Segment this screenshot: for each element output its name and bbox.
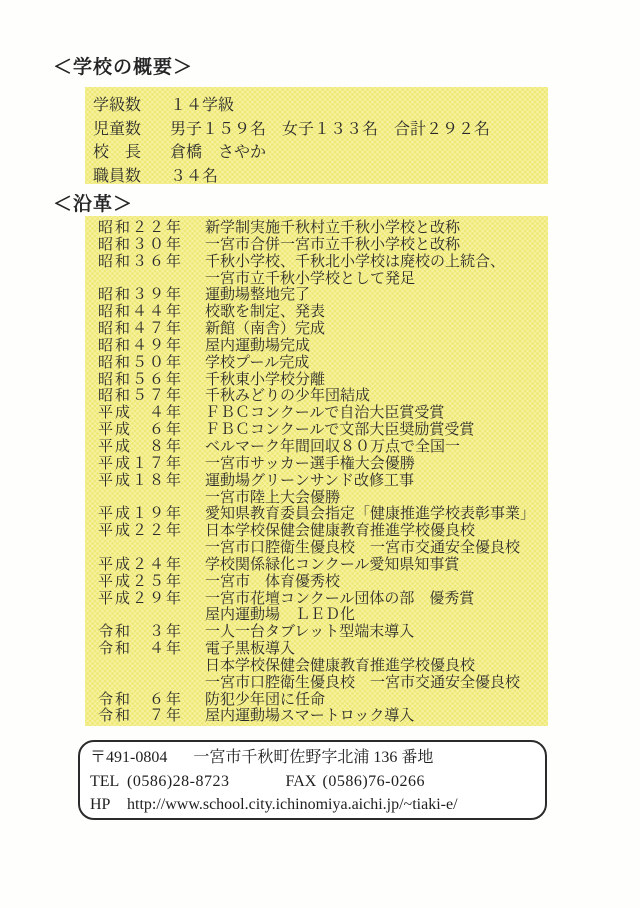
history-description-line: 一宮市陸上大会優勝 [205, 490, 548, 507]
contact-phone-line: TEL(0586)28-8723FAX(0586)76-0266 [90, 770, 545, 794]
history-description-line: 学校プール完成 [205, 355, 548, 372]
history-description-line: 愛知県教育委員会指定「健康推進学校表彰事業」 [205, 506, 548, 523]
history-description-line: 新館（南舎）完成 [205, 321, 548, 338]
history-description-line: 屋内運動場スマートロック導入 [205, 708, 548, 725]
tel-number: (0586)28-8723 [127, 773, 229, 790]
overview-row-label: 学級数 [93, 94, 170, 118]
history-description-line: 一宮市 体育優秀校 [205, 574, 548, 591]
history-description: 運動場グリーンサンド改修工事一宮市陸上大会優勝 [205, 473, 548, 507]
history-description-line: 千秋みどりの少年団結成 [205, 388, 548, 405]
history-description: 一宮市花壇コンクール団体の部 優秀賞屋内運動場 ＬＥＤ化 [205, 591, 548, 625]
history-year: 令和 ６年 [98, 692, 205, 709]
history-year: 昭和３０年 [98, 237, 205, 254]
overview-row-label: 児童数 [93, 118, 170, 142]
history-year: 平成 ８年 [98, 439, 205, 456]
history-year: 昭和４７年 [98, 321, 205, 338]
history-year: 昭和３６年 [98, 254, 205, 288]
history-entry: 昭和３６年千秋小学校、千秋北小学校は廃校の上統合、一宮市立千秋小学校として発足 [98, 254, 548, 288]
overview-row: 児童数男子１５９名 女子１３３名 合計２９２名 [93, 118, 548, 142]
history-panel: 昭和２２年新学制実施千秋村立千秋小学校と改称昭和３０年一宮市合併一宮市立千秋小学… [85, 216, 548, 726]
history-description-line: 一宮市合併一宮市立千秋小学校と改称 [205, 237, 548, 254]
history-description: 運動場整地完了 [205, 287, 548, 304]
history-description: 一宮市 体育優秀校 [205, 574, 548, 591]
history-year: 平成 ６年 [98, 422, 205, 439]
history-description: 防犯少年団に任命 [205, 692, 548, 709]
history-entry: 昭和３９年運動場整地完了 [98, 287, 548, 304]
history-description-line: 一宮市口腔衛生優良校 一宮市交通安全優良校 [205, 675, 548, 692]
history-entry: 平成 ６年ＦＢＣコンクールで文部大臣奨励賞受賞 [98, 422, 548, 439]
history-entry: 平成 ４年ＦＢＣコンクールで自治大臣賞受賞 [98, 405, 548, 422]
history-description-line: 校歌を制定、発表 [205, 304, 548, 321]
history-year: 令和 ７年 [98, 708, 205, 725]
overview-row-value: 男子１５９名 女子１３３名 合計２９２名 [170, 121, 490, 138]
history-entry: 昭和３０年一宮市合併一宮市立千秋小学校と改称 [98, 237, 548, 254]
history-entry: 令和 ４年電子黒板導入日本学校保健会健康教育推進学校優良校一宮市口腔衛生優良校 … [98, 641, 548, 692]
history-description-line: 電子黒板導入 [205, 641, 548, 658]
history-description: 千秋みどりの少年団結成 [205, 388, 548, 405]
history-year: 昭和２２年 [98, 220, 205, 237]
history-description: 新学制実施千秋村立千秋小学校と改称 [205, 220, 548, 237]
contact-homepage-line: HPhttp://www.school.city.ichinomiya.aich… [90, 793, 545, 817]
history-description-line: ＦＢＣコンクールで自治大臣賞受賞 [205, 405, 548, 422]
history-description: 一宮市サッカー選手権大会優勝 [205, 456, 548, 473]
street-address: 一宮市千秋町佐野字北浦 136 番地 [193, 749, 433, 766]
history-description-line: 日本学校保健会健康教育推進学校優良校 [205, 523, 548, 540]
history-description-line: 一宮市サッカー選手権大会優勝 [205, 456, 548, 473]
overview-heading: ＜学校の概要＞ [53, 52, 193, 79]
history-description-line: 運動場グリーンサンド改修工事 [205, 473, 548, 490]
history-description-line: 新学制実施千秋村立千秋小学校と改称 [205, 220, 548, 237]
history-year: 昭和５７年 [98, 388, 205, 405]
history-entry: 令和 ７年屋内運動場スマートロック導入 [98, 708, 548, 725]
history-description: 新館（南舎）完成 [205, 321, 548, 338]
history-description-line: ＦＢＣコンクールで文部大臣奨励賞受賞 [205, 422, 548, 439]
homepage-url: http://www.school.city.ichinomiya.aichi.… [127, 796, 458, 813]
history-heading: ＜沿革＞ [53, 189, 133, 216]
history-entry: 平成１７年一宮市サッカー選手権大会優勝 [98, 456, 548, 473]
history-entry: 令和 ３年一人一台タブレット型端末導入 [98, 624, 548, 641]
history-entry: 昭和４４年校歌を制定、発表 [98, 304, 548, 321]
history-year: 平成２５年 [98, 574, 205, 591]
overview-rows: 学級数１４学級児童数男子１５９名 女子１３３名 合計２９２名校 長倉橋 さやか職… [93, 94, 548, 188]
history-description-line: 千秋東小学校分離 [205, 372, 548, 389]
overview-row-value: １４学級 [170, 97, 234, 114]
history-description: 千秋東小学校分離 [205, 372, 548, 389]
overview-row-label: 職員数 [93, 165, 170, 189]
postal-code: 〒491-0804 [90, 749, 167, 766]
history-description: 屋内運動場完成 [205, 338, 548, 355]
history-entry: 平成１８年運動場グリーンサンド改修工事一宮市陸上大会優勝 [98, 473, 548, 507]
history-description-line: 一宮市花壇コンクール団体の部 優秀賞 [205, 591, 548, 608]
overview-row: 校 長倉橋 さやか [93, 141, 548, 165]
history-description: ベルマーク年間回収８０万点で全国一 [205, 439, 548, 456]
history-description-line: 学校関係緑化コンクール愛知県知事賞 [205, 557, 548, 574]
overview-row: 学級数１４学級 [93, 94, 548, 118]
history-entry: 平成 ８年ベルマーク年間回収８０万点で全国一 [98, 439, 548, 456]
history-entry: 平成２５年一宮市 体育優秀校 [98, 574, 548, 591]
history-description: 電子黒板導入日本学校保健会健康教育推進学校優良校一宮市口腔衛生優良校 一宮市交通… [205, 641, 548, 692]
history-description: ＦＢＣコンクールで自治大臣賞受賞 [205, 405, 548, 422]
history-year: 令和 ４年 [98, 641, 205, 692]
history-entry: 昭和５６年千秋東小学校分離 [98, 372, 548, 389]
history-description-line: 一宮市立千秋小学校として発足 [205, 271, 548, 288]
history-description-line: 千秋小学校、千秋北小学校は廃校の上統合、 [205, 254, 548, 271]
hp-label: HP [90, 793, 127, 817]
history-description: 学校関係緑化コンクール愛知県知事賞 [205, 557, 548, 574]
history-description: ＦＢＣコンクールで文部大臣奨励賞受賞 [205, 422, 548, 439]
history-year: 平成２９年 [98, 591, 205, 625]
history-description-line: 運動場整地完了 [205, 287, 548, 304]
history-year: 昭和３９年 [98, 287, 205, 304]
contact-address-line: 〒491-0804一宮市千秋町佐野字北浦 136 番地 [90, 746, 545, 770]
history-description-line: 一人一台タブレット型端末導入 [205, 624, 548, 641]
overview-row-value: 倉橋 さやか [170, 144, 266, 161]
history-description-line: 屋内運動場完成 [205, 338, 548, 355]
history-entry: 昭和２２年新学制実施千秋村立千秋小学校と改称 [98, 220, 548, 237]
contact-panel: 〒491-0804一宮市千秋町佐野字北浦 136 番地 TEL(0586)28-… [78, 740, 547, 820]
history-year: 昭和４４年 [98, 304, 205, 321]
history-year: 平成２４年 [98, 557, 205, 574]
scanned-page: ＜学校の概要＞ 学級数１４学級児童数男子１５９名 女子１３３名 合計２９２名校 … [0, 0, 640, 908]
history-entry: 昭和４７年新館（南舎）完成 [98, 321, 548, 338]
history-entry: 平成２９年一宮市花壇コンクール団体の部 優秀賞屋内運動場 ＬＥＤ化 [98, 591, 548, 625]
history-description-line: 一宮市口腔衛生優良校 一宮市交通安全優良校 [205, 540, 548, 557]
history-description: 愛知県教育委員会指定「健康推進学校表彰事業」 [205, 506, 548, 523]
history-description: 一人一台タブレット型端末導入 [205, 624, 548, 641]
history-year: 昭和４９年 [98, 338, 205, 355]
overview-row: 職員数３４名 [93, 165, 548, 189]
overview-row-value: ３４名 [170, 168, 218, 185]
overview-panel: 学級数１４学級児童数男子１５９名 女子１３３名 合計２９２名校 長倉橋 さやか職… [85, 87, 548, 184]
history-entry: 平成１９年愛知県教育委員会指定「健康推進学校表彰事業」 [98, 506, 548, 523]
history-year: 平成 ４年 [98, 405, 205, 422]
history-description: 日本学校保健会健康教育推進学校優良校一宮市口腔衛生優良校 一宮市交通安全優良校 [205, 523, 548, 557]
history-description-line: 日本学校保健会健康教育推進学校優良校 [205, 658, 548, 675]
fax-label: FAX [285, 770, 322, 794]
history-description: 一宮市合併一宮市立千秋小学校と改称 [205, 237, 548, 254]
history-entry: 平成２４年学校関係緑化コンクール愛知県知事賞 [98, 557, 548, 574]
history-year: 昭和５６年 [98, 372, 205, 389]
history-entry: 昭和５０年学校プール完成 [98, 355, 548, 372]
tel-label: TEL [90, 770, 127, 794]
history-year: 平成１９年 [98, 506, 205, 523]
history-description: 学校プール完成 [205, 355, 548, 372]
fax-number: (0586)76-0266 [322, 773, 424, 790]
history-description: 校歌を制定、発表 [205, 304, 548, 321]
history-entries: 昭和２２年新学制実施千秋村立千秋小学校と改称昭和３０年一宮市合併一宮市立千秋小学… [98, 220, 548, 725]
history-description: 千秋小学校、千秋北小学校は廃校の上統合、一宮市立千秋小学校として発足 [205, 254, 548, 288]
history-entry: 昭和５７年千秋みどりの少年団結成 [98, 388, 548, 405]
history-entry: 令和 ６年防犯少年団に任命 [98, 692, 548, 709]
history-year: 昭和５０年 [98, 355, 205, 372]
history-year: 平成１７年 [98, 456, 205, 473]
history-description-line: ベルマーク年間回収８０万点で全国一 [205, 439, 548, 456]
history-description: 屋内運動場スマートロック導入 [205, 708, 548, 725]
history-year: 令和 ３年 [98, 624, 205, 641]
history-description-line: 防犯少年団に任命 [205, 692, 548, 709]
overview-row-label: 校 長 [93, 141, 170, 165]
history-year: 平成２２年 [98, 523, 205, 557]
history-year: 平成１８年 [98, 473, 205, 507]
history-entry: 平成２２年日本学校保健会健康教育推進学校優良校一宮市口腔衛生優良校 一宮市交通安… [98, 523, 548, 557]
history-entry: 昭和４９年屋内運動場完成 [98, 338, 548, 355]
history-description-line: 屋内運動場 ＬＥＤ化 [205, 607, 548, 624]
